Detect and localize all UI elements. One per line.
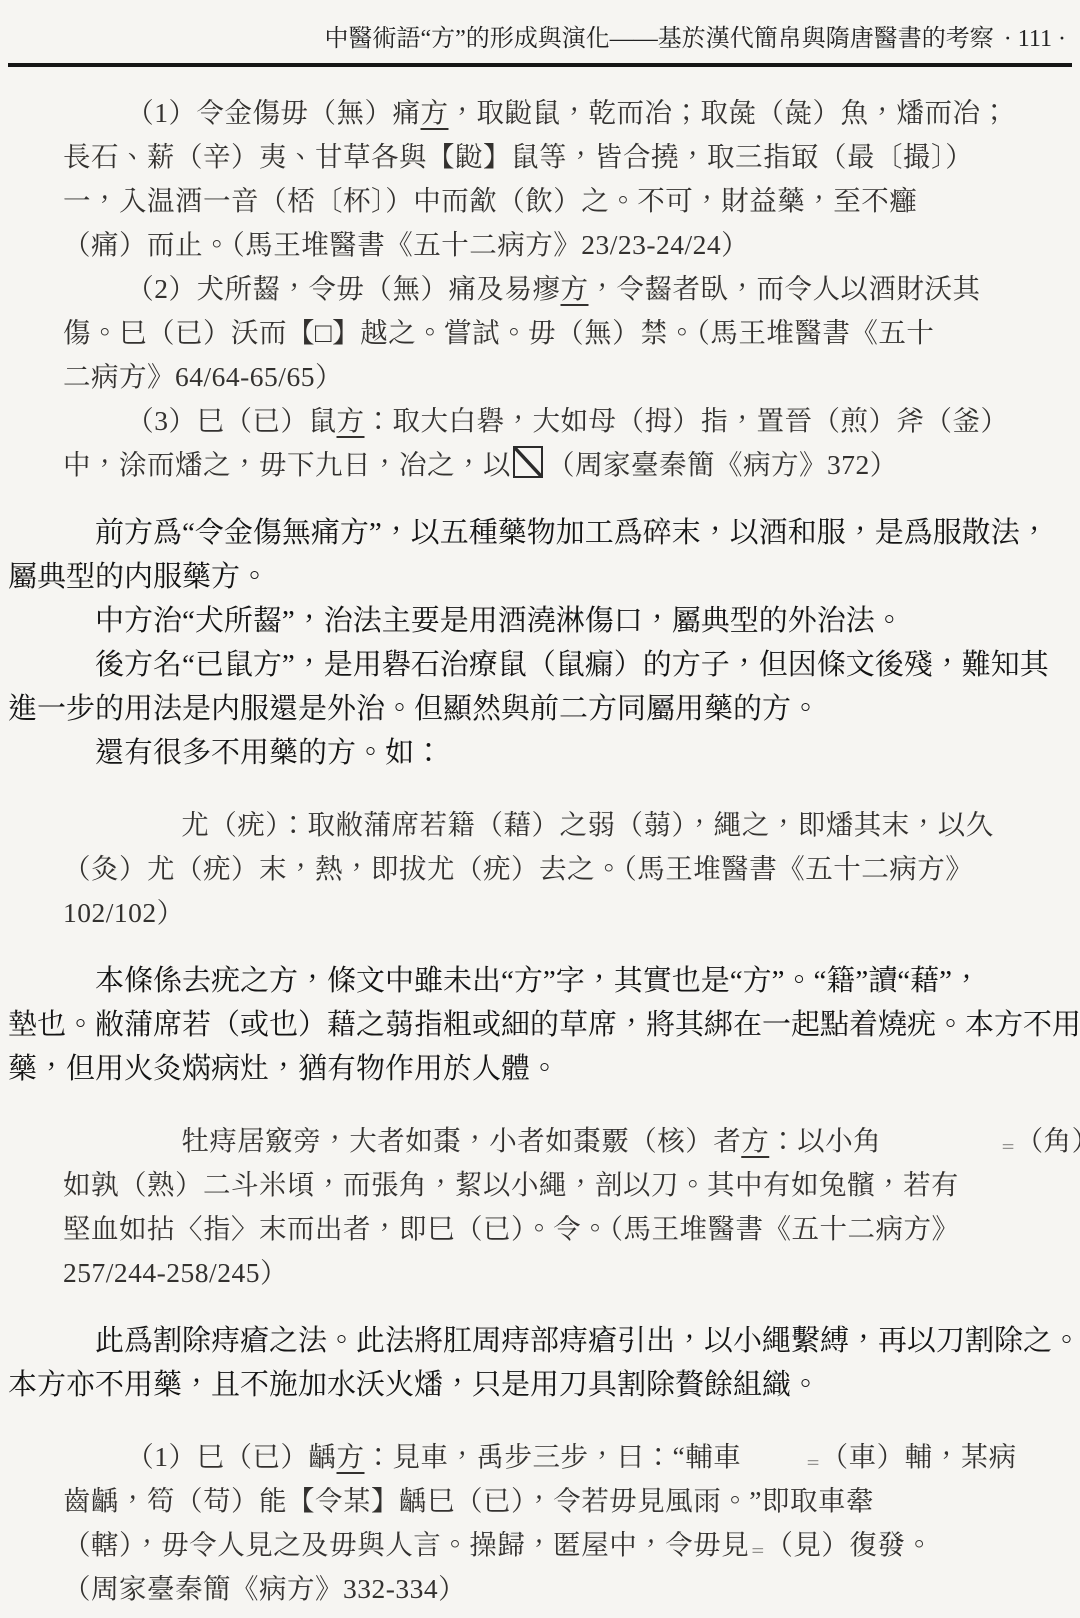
- damaged-character-box: [513, 446, 543, 478]
- text-line: 傷。巳（已）沃而【□】越之。嘗試。毋（無）禁。（馬王堆醫書《五十: [63, 311, 1017, 355]
- text-line: 藥，但用火灸焫病灶，猶有物作用於人體。: [8, 1047, 1072, 1091]
- text-run: ，取鼢鼠，乾而冶；取彘（彘）魚，燔而冶；: [449, 97, 1009, 128]
- text-run: 如孰（熟）二斗米頃，而張角，絜以小繩，剖以刀。其中有如兔髕，若有: [63, 1169, 959, 1200]
- text-run: 一，入温酒一音（桮〔杯〕）中而㱃（飲）之。不可，財益藥，至不癰: [63, 185, 917, 216]
- text-run: ：取大白礜，大如母（拇）指，置晉（煎）斧（釜）: [365, 405, 1009, 436]
- underlined-term: 方: [561, 273, 589, 304]
- underlined-term: 方: [337, 1441, 365, 1472]
- text-line: 長石、薪（辛）夷、甘草各與【鼢】鼠等，皆合撓，取三指冣（最〔撮〕）: [63, 135, 1017, 179]
- text-run: （3）巳（已）鼠: [126, 405, 336, 436]
- text-run: （角）之，: [1016, 1125, 1080, 1156]
- text-run: 堅血如拈〈指〉末而出者，即巳（已）。令。（馬王堆醫書《五十二病方》: [63, 1213, 960, 1244]
- text-run: 牡痔居竅旁，大者如棗，小者如棗覈（核）者: [181, 1125, 741, 1156]
- underlined-term: 方: [421, 97, 449, 128]
- paragraph: 後方名“已鼠方”，是用礜石治療鼠（鼠瘺）的方子，但因條文後殘，難知其進一步的用法…: [8, 643, 1072, 731]
- text-run: （痛）而止。（馬王堆醫書《五十二病方》23/23-24/24）: [63, 229, 749, 260]
- text-line: 尤（疣）：取敝蒲席若籍（藉）之弱（蒻），繩之，即燔其末，以久: [63, 803, 1017, 847]
- quote-block: （2）犬所齧，令毋（無）痛及易瘳方，令齧者臥，而令人以酒財沃其傷。巳（已）沃而【…: [63, 267, 1017, 399]
- text-run: （周家臺秦簡《病方》332-334）: [63, 1573, 466, 1604]
- text-line: 二病方》64/64-65/65）: [63, 355, 1017, 399]
- text-run: （1）令金傷毋（無）痛: [126, 97, 420, 128]
- document-body: （1）令金傷毋（無）痛方，取鼢鼠，乾而冶；取彘（彘）魚，燔而冶；長石、薪（辛）夷…: [0, 67, 1080, 1611]
- text-line: 本方亦不用藥，且不施加水沃火燔，只是用刀具割除贅餘組織。: [8, 1363, 1072, 1407]
- text-run: 中，涂而燔之，毋下九日，冶之，以: [63, 449, 511, 480]
- text-run: （灸）尤（疣）末，熱，即拔尤（疣）去之。（馬王堆醫書《五十二病方》: [63, 853, 973, 884]
- text-run: ：見車，禹步三步，曰：“輔車: [365, 1441, 742, 1472]
- text-line: （痛）而止。（馬王堆醫書《五十二病方》23/23-24/24）: [63, 223, 1017, 267]
- text-run: 257/244-258/245）: [63, 1257, 288, 1288]
- text-run: 齒齲，笱（苟）能【令某】齲巳（已），令若毋見風雨。”即取車舝: [63, 1485, 874, 1516]
- text-line: （1）巳（已）齲方：見車，禹步三步，曰：“輔車＝（車）輔，某病: [63, 1435, 1017, 1479]
- text-run: 進一步的用法是内服還是外治。但顯然與前二方同屬用藥的方。: [8, 693, 820, 725]
- text-run: 屬典型的内服藥方。: [8, 561, 269, 593]
- text-run: ：以小角: [769, 1125, 881, 1156]
- text-line: （2）犬所齧，令毋（無）痛及易瘳方，令齧者臥，而令人以酒財沃其: [63, 267, 1017, 311]
- text-line: 257/244-258/245）: [63, 1251, 1017, 1295]
- text-line: 本條係去疣之方，條文中雖未出“方”字，其實也是“方”。“籍”讀“藉”，: [8, 959, 1072, 1003]
- quote-block: （1）巳（已）齲方：見車，禹步三步，曰：“輔車＝（車）輔，某病齒齲，笱（苟）能【…: [63, 1435, 1017, 1611]
- paragraph: 此爲割除痔瘡之法。此法將肛周痔部痔瘡引出，以小繩繫縛，再以刀割除之。本方亦不用藥…: [8, 1319, 1072, 1407]
- paragraph: 前方爲“令金傷無痛方”，以五種藥物加工爲碎末，以酒和服，是爲服散法，屬典型的内服…: [8, 511, 1072, 599]
- text-run: 尤（疣）：取敝蒲席若籍（藉）之弱（蒻），繩之，即燔其末，以久: [181, 809, 994, 840]
- page-number: · 111 ·: [1004, 26, 1066, 52]
- paragraph: 還有很多不用藥的方。如：: [8, 731, 1072, 775]
- underlined-term: 方: [337, 405, 365, 436]
- text-run: 本條係去疣之方，條文中雖未出“方”字，其實也是“方”。“籍”讀“藉”，: [95, 965, 981, 997]
- text-run: 102/102）: [63, 897, 185, 928]
- text-line: 牡痔居竅旁，大者如棗，小者如棗覈（核）者方：以小角＝（角）之，: [63, 1119, 1017, 1163]
- text-line: 屬典型的内服藥方。: [8, 555, 1072, 599]
- underlined-term: 方: [741, 1125, 769, 1156]
- text-line: 進一步的用法是内服還是外治。但顯然與前二方同屬用藥的方。: [8, 687, 1072, 731]
- text-line: 一，入温酒一音（桮〔杯〕）中而㱃（飲）之。不可，財益藥，至不癰: [63, 179, 1017, 223]
- text-run: （周家臺秦簡《病方》372）: [547, 449, 898, 480]
- scanned-book-page: 中醫術語“方”的形成與演化——基於漢代簡帛與隋唐醫書的考察· 111 · （1）…: [0, 0, 1080, 1618]
- text-run: 藥，但用火灸焫病灶，猶有物作用於人體。: [8, 1053, 559, 1085]
- text-run: 本方亦不用藥，且不施加水沃火燔，只是用刀具割除贅餘組織。: [8, 1369, 820, 1401]
- text-run: 此爲割除痔瘡之法。此法將肛周痔部痔瘡引出，以小繩繫縛，再以刀割除之。: [95, 1325, 1080, 1357]
- text-run: （車）輔，某病: [821, 1441, 1017, 1472]
- text-line: 如孰（熟）二斗米頃，而張角，絜以小繩，剖以刀。其中有如兔髕，若有: [63, 1163, 1017, 1207]
- text-line: （3）巳（已）鼠方：取大白礜，大如母（拇）指，置晉（煎）斧（釜）: [63, 399, 1017, 443]
- text-run: 後方名“已鼠方”，是用礜石治療鼠（鼠瘺）的方子，但因條文後殘，難知其: [95, 649, 1049, 681]
- text-line: 此爲割除痔瘡之法。此法將肛周痔部痔瘡引出，以小繩繫縛，再以刀割除之。: [8, 1319, 1072, 1363]
- text-run: 墊也。敝蒲席若（或也）藉之蒻指粗或細的草席，將其綁在一起點着燒疣。本方不用: [8, 1009, 1080, 1041]
- text-run: 前方爲“令金傷無痛方”，以五種藥物加工爲碎末，以酒和服，是爲服散法，: [95, 517, 1049, 549]
- text-line: （周家臺秦簡《病方》332-334）: [63, 1567, 1017, 1611]
- text-line: 102/102）: [63, 891, 1017, 935]
- text-line: （轄），毋令人見之及毋與人言。操歸，匿屋中，令毋見＝（見）復發。: [63, 1523, 1017, 1567]
- text-line: 中方治“犬所齧”，治法主要是用酒澆淋傷口，屬典型的外治法。: [8, 599, 1072, 643]
- quote-block: 牡痔居竅旁，大者如棗，小者如棗覈（核）者方：以小角＝（角）之，如孰（熟）二斗米頃…: [63, 1119, 1017, 1295]
- text-line: 前方爲“令金傷無痛方”，以五種藥物加工爲碎末，以酒和服，是爲服散法，: [8, 511, 1072, 555]
- quote-block: 尤（疣）：取敝蒲席若籍（藉）之弱（蒻），繩之，即燔其末，以久（灸）尤（疣）末，熱…: [63, 803, 1017, 935]
- running-header-title: 中醫術語“方”的形成與演化——基於漢代簡帛與隋唐醫書的考察: [324, 26, 993, 52]
- paragraph: 本條係去疣之方，條文中雖未出“方”字，其實也是“方”。“籍”讀“藉”，墊也。敝蒲…: [8, 959, 1072, 1091]
- text-run: 傷。巳（已）沃而【□】越之。嘗試。毋（無）禁。（馬王堆醫書《五十: [63, 317, 934, 348]
- text-line: 後方名“已鼠方”，是用礜石治療鼠（鼠瘺）的方子，但因條文後殘，難知其: [8, 643, 1072, 687]
- text-run: （2）犬所齧，令毋（無）痛及易瘳: [126, 273, 560, 304]
- text-run: ，令齧者臥，而令人以酒財沃其: [589, 273, 981, 304]
- text-line: 齒齲，笱（苟）能【令某】齲巳（已），令若毋見風雨。”即取車舝: [63, 1479, 1017, 1523]
- paragraph: 中方治“犬所齧”，治法主要是用酒澆淋傷口，屬典型的外治法。: [8, 599, 1072, 643]
- running-header: 中醫術語“方”的形成與演化——基於漢代簡帛與隋唐醫書的考察· 111 ·: [0, 0, 1080, 53]
- text-run: （1）巳（已）齲: [126, 1441, 336, 1472]
- text-run: （見）復發。: [765, 1529, 933, 1560]
- text-run: （轄），毋令人見之及毋與人言。操歸，匿屋中，令毋見: [63, 1529, 749, 1560]
- quote-block: （3）巳（已）鼠方：取大白礜，大如母（拇）指，置晉（煎）斧（釜）中，涂而燔之，毋…: [63, 399, 1017, 487]
- text-run: 長石、薪（辛）夷、甘草各與【鼢】鼠等，皆合撓，取三指冣（最〔撮〕）: [63, 141, 973, 172]
- quote-block: （1）令金傷毋（無）痛方，取鼢鼠，乾而冶；取彘（彘）魚，燔而冶；長石、薪（辛）夷…: [63, 91, 1017, 267]
- text-run: 中方治“犬所齧”，治法主要是用酒澆淋傷口，屬典型的外治法。: [95, 605, 904, 637]
- text-line: （灸）尤（疣）末，熱，即拔尤（疣）去之。（馬王堆醫書《五十二病方》: [63, 847, 1017, 891]
- text-run: 二病方》64/64-65/65）: [63, 361, 343, 392]
- text-line: 墊也。敝蒲席若（或也）藉之蒻指粗或細的草席，將其綁在一起點着燒疣。本方不用: [8, 1003, 1072, 1047]
- text-line: （1）令金傷毋（無）痛方，取鼢鼠，乾而冶；取彘（彘）魚，燔而冶；: [63, 91, 1017, 135]
- text-line: 還有很多不用藥的方。如：: [8, 731, 1072, 775]
- text-line: 堅血如拈〈指〉末而出者，即巳（已）。令。（馬王堆醫書《五十二病方》: [63, 1207, 1017, 1251]
- text-run: 還有很多不用藥的方。如：: [95, 737, 443, 769]
- repetition-mark: ＝: [750, 1530, 764, 1574]
- text-line: 中，涂而燔之，毋下九日，冶之，以（周家臺秦簡《病方》372）: [63, 443, 1017, 487]
